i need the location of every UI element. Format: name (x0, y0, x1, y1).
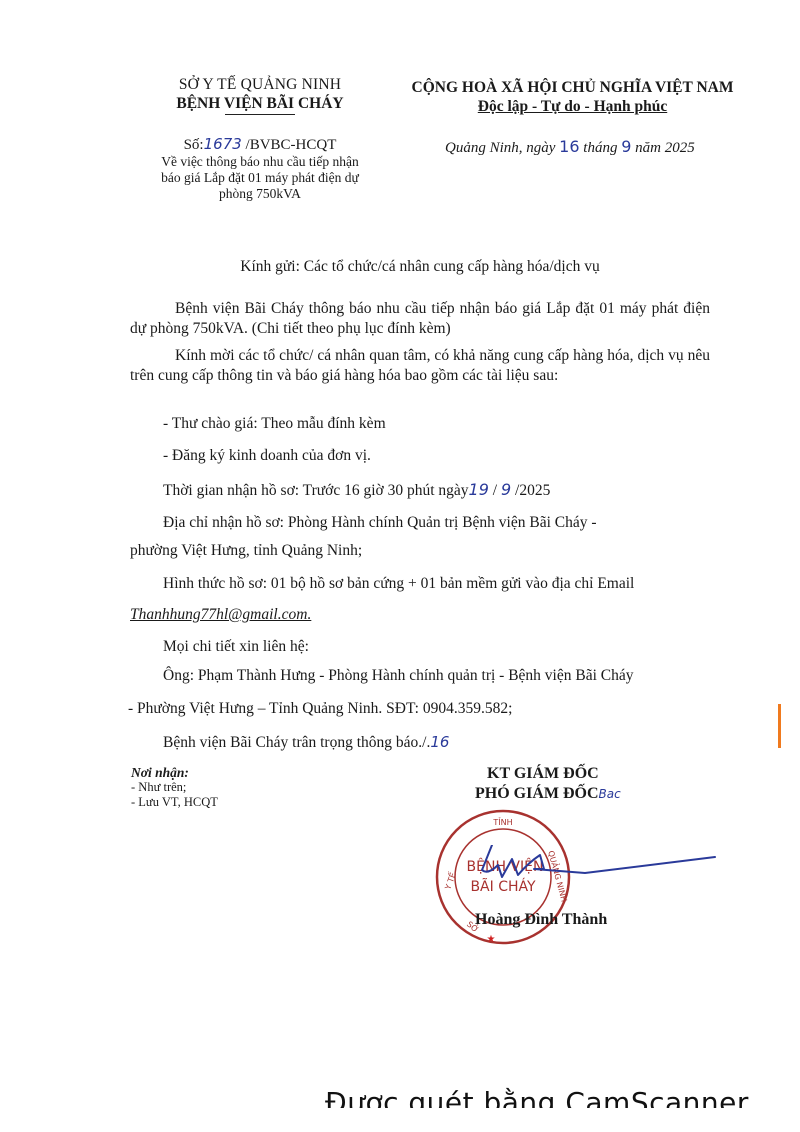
email-link[interactable]: Thanhhung77hl@gmail.com. (130, 605, 311, 625)
subject-line: phòng 750kVA (120, 186, 400, 202)
recipient-item: - Lưu VT, HCQT (131, 795, 218, 810)
signature-title: KT GIÁM ĐỐC (475, 764, 675, 784)
address-line: Địa chỉ nhận hồ sơ: Phòng Hành chính Quả… (163, 513, 715, 533)
address-line: phường Việt Hưng, tỉnh Quảng Ninh; (130, 541, 362, 561)
header-rule (225, 114, 295, 115)
signer-name: Hoàng Đình Thành (475, 911, 607, 929)
contact-line: - Phường Việt Hưng – Tỉnh Quảng Ninh. SĐ… (128, 699, 512, 719)
requirement-item: - Đăng ký kinh doanh của đơn vị. (163, 446, 371, 466)
closing-line: Bệnh viện Bãi Cháy trân trọng thông báo.… (163, 732, 449, 753)
national-header: CỘNG HOÀ XÃ HỘI CHỦ NGHĨA VIỆT NAM Độc l… (395, 78, 750, 116)
issuer-header: SỞ Y TẾ QUẢNG NINH BỆNH VIỆN BÃI CHÁY Số… (120, 76, 400, 202)
svg-text:TỈNH: TỈNH (492, 816, 512, 827)
national-motto: Độc lập - Tự do - Hạnh phúc (395, 97, 750, 116)
deadline: Thời gian nhận hồ sơ: Trước 16 giờ 30 ph… (163, 480, 550, 501)
contact-line: Ông: Phạm Thành Hưng - Phòng Hành chính … (163, 666, 633, 686)
requirement-item: - Thư chào giá: Theo mẫu đính kèm (163, 414, 386, 434)
handwritten-day: 16 (559, 137, 579, 156)
handwritten-deadline-day: 19 (469, 480, 489, 499)
scanner-watermark: Được quét bằng CamScanner (325, 1086, 749, 1108)
recipients-block: Nơi nhận: - Như trên; - Lưu VT, HCQT (131, 765, 218, 810)
handwritten-initial: 16 (430, 733, 449, 751)
subject-line: Về việc thông báo nhu cầu tiếp nhận (120, 154, 400, 170)
document-date: Quảng Ninh, ngày 16 tháng 9 năm 2025 (445, 137, 695, 157)
salutation: Kính gửi: Các tổ chức/cá nhân cung cấp h… (120, 258, 720, 276)
hospital-name: BỆNH VIỆN BÃI CHÁY (120, 94, 400, 113)
paragraph-intro: Bệnh viện Bãi Cháy thông báo nhu cầu tiế… (130, 299, 710, 339)
svg-text:★: ★ (487, 934, 496, 945)
signature-subtitle: PHÓ GIÁM ĐỐCBac (475, 784, 675, 804)
national-title: CỘNG HOÀ XÃ HỘI CHỦ NGHĨA VIỆT NAM (395, 78, 750, 97)
recipient-item: - Như trên; (131, 780, 218, 795)
contact-heading: Mọi chi tiết xin liên hệ: (163, 637, 309, 657)
subject-line: báo giá Lắp đặt 01 máy phát điện dự (120, 170, 400, 186)
handwritten-number: 1673 (204, 135, 242, 153)
department-name: SỞ Y TẾ QUẢNG NINH (120, 76, 400, 94)
signature-block: KT GIÁM ĐỐC PHÓ GIÁM ĐỐCBac (475, 764, 675, 804)
submission-format: Hình thức hồ sơ: 01 bộ hồ sơ bản cứng + … (163, 574, 634, 594)
scan-edge-mark (778, 704, 781, 748)
handwritten-month: 9 (621, 137, 631, 156)
handwritten-initial: Bac (599, 787, 621, 801)
handwritten-signature-icon (480, 845, 720, 905)
document-number: Số:1673 /BVBC-HCQT (120, 135, 400, 154)
recipients-title: Nơi nhận: (131, 765, 218, 780)
handwritten-deadline-month: 9 (501, 480, 511, 499)
paragraph-invitation: Kính mời các tổ chức/ cá nhân quan tâm, … (130, 346, 710, 386)
